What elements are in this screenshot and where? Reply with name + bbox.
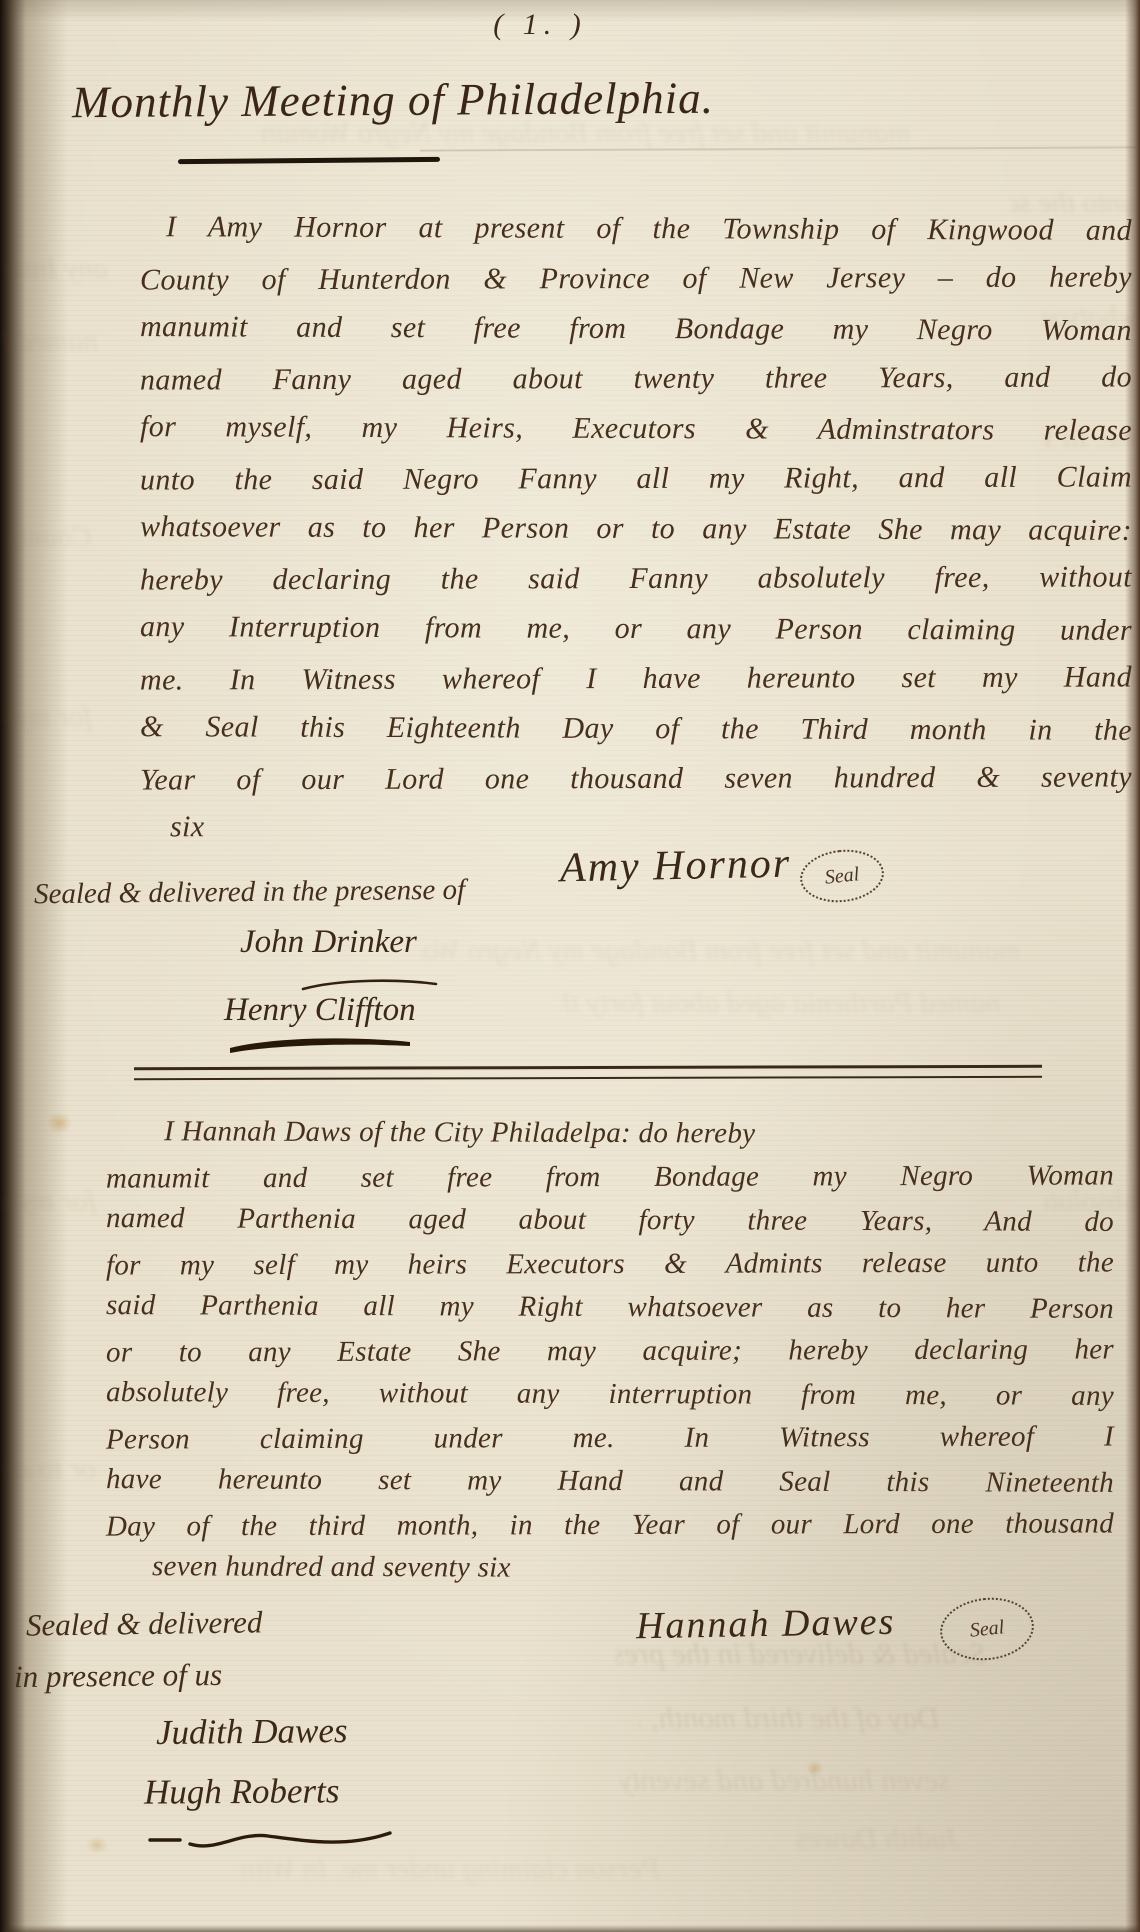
manumission-record-parthenia: I Hannah Daws of the City Philadelpa: do… [106, 1112, 1114, 1591]
manuscript-line: & Seal this Eighteenth Day of the Third … [140, 702, 1132, 756]
attestation-note-line1: Sealed & delivered [26, 1604, 263, 1643]
attestation-note-line2: in presence of us [14, 1657, 222, 1695]
manuscript-line: manumit and set free from Bondage my Neg… [106, 1154, 1114, 1201]
witness-henry-cliffton: Henry Cliffton [224, 992, 416, 1029]
manumission-record-fanny: I Amy Hornor at present of the Township … [140, 204, 1132, 854]
manuscript-line: Year of our Lord one thousand seven hund… [140, 752, 1132, 805]
manuscript-line: have hereunto set my Hand and Seal this … [106, 1458, 1114, 1505]
manuscript-line: me. In Witness whereof I have hereunto s… [140, 652, 1132, 705]
manuscript-line: or to any Estate She may acquire; hereby… [106, 1328, 1114, 1375]
manuscript-line: County of Hunterdon & Province of New Je… [140, 252, 1132, 305]
manuscript-line: named Parthenia aged about forty three Y… [106, 1197, 1114, 1244]
seal-label: Seal [969, 1616, 1006, 1642]
manuscript-line: Day of the third month, in the Year of o… [106, 1502, 1114, 1549]
manuscript-line: for myself, my Heirs, Executors & Admins… [140, 402, 1132, 456]
witness-john-drinker: John Drinker [240, 924, 417, 961]
signature-hannah-dawes: Hannah Dawes [636, 1600, 896, 1649]
witness-judith-dawes: Judith Dawes [156, 1711, 348, 1753]
page-number: ( 1. ) [455, 8, 625, 42]
manuscript-line: unto the said Negro Fanny all my Right, … [140, 452, 1132, 505]
manuscript-line: manumit and set free from Bondage my Neg… [140, 302, 1132, 356]
manuscript-line: seven hundred and seventy six [106, 1545, 1114, 1592]
attestation-note: Sealed & delivered in the presense of [34, 874, 465, 912]
witness-hugh-roberts: Hugh Roberts [144, 1771, 340, 1812]
manuscript-line: absolutely free, without any interruptio… [106, 1371, 1114, 1418]
flourish [146, 1826, 396, 1854]
page-title: Monthly Meeting of Philadelphia. [72, 72, 714, 128]
signature-amy-hornor: Amy Hornor [560, 840, 792, 893]
seal-label: Seal [824, 863, 861, 889]
flourish [300, 977, 440, 993]
manuscript-line: any Interruption from me, or any Person … [140, 602, 1132, 656]
manuscript-line: I Hannah Daws of the City Philadelpa: do… [106, 1110, 1114, 1157]
manuscript-line: for my self my heirs Executors & Admints… [106, 1241, 1114, 1288]
manuscript-line: named Fanny aged about twenty three Year… [140, 352, 1132, 405]
manuscript-line: whatsoever as to her Person or to any Es… [140, 502, 1132, 556]
manuscript-line: said Parthenia all my Right whatsoever a… [106, 1284, 1114, 1331]
manuscript-line: hereby declaring the said Fanny absolute… [140, 552, 1132, 605]
manuscript-line: Person claiming under me. In Witness whe… [106, 1415, 1114, 1462]
section-divider [134, 1065, 1042, 1080]
flourish [228, 1034, 418, 1056]
manuscript-line: I Amy Hornor at present of the Township … [140, 202, 1132, 256]
